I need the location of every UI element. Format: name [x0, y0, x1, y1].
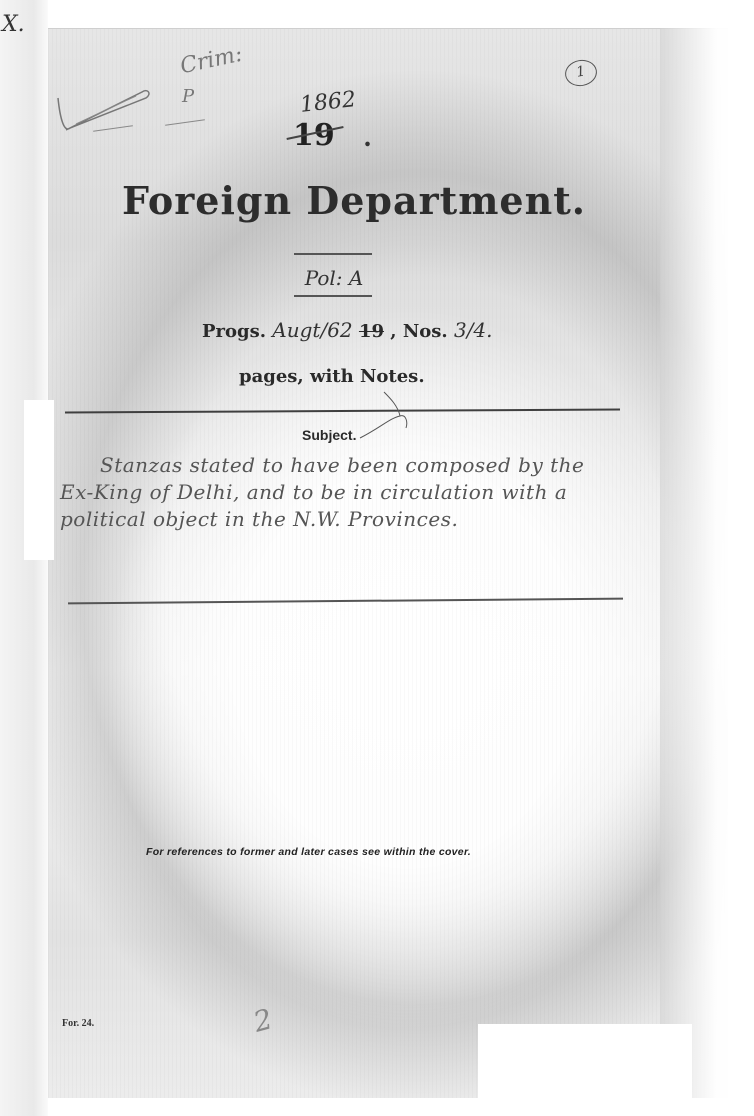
- scan-right-edge: [660, 28, 754, 1098]
- year-period: .: [364, 122, 371, 154]
- progs-label: Progs.: [202, 321, 266, 342]
- subject-line: Stanzas stated to have been composed by …: [60, 452, 640, 479]
- nos-label: , Nos.: [390, 321, 447, 342]
- divider: [294, 295, 372, 297]
- subject-handwritten-text: Stanzas stated to have been composed by …: [60, 452, 640, 533]
- subject-line: Ex-King of Delhi, and to be in circulati…: [60, 479, 640, 506]
- reference-note: For references to former and later cases…: [146, 846, 471, 858]
- scan-white-notch: [24, 400, 54, 560]
- form-number: For. 24.: [62, 1018, 94, 1029]
- subject-line: political object in the N.W. Provinces.: [60, 506, 640, 533]
- progs-handwritten-date: Augt/62: [272, 318, 352, 342]
- proceedings-line: Progs. Augt/62 19 , Nos. 3/4.: [202, 318, 493, 342]
- department-title: Foreign Department.: [122, 178, 542, 223]
- nos-handwritten: 3/4.: [454, 318, 493, 342]
- branch-label: Pol: A: [296, 266, 372, 290]
- pages-label: pages, with Notes.: [239, 366, 425, 387]
- progs-printed-year-struck: 19: [359, 321, 384, 342]
- divider: [294, 253, 372, 255]
- scan-white-patch: [478, 1024, 692, 1116]
- corner-mark: X.: [2, 12, 25, 37]
- pencil-note-letter: P: [182, 86, 194, 107]
- subject-label: Subject.: [302, 427, 356, 443]
